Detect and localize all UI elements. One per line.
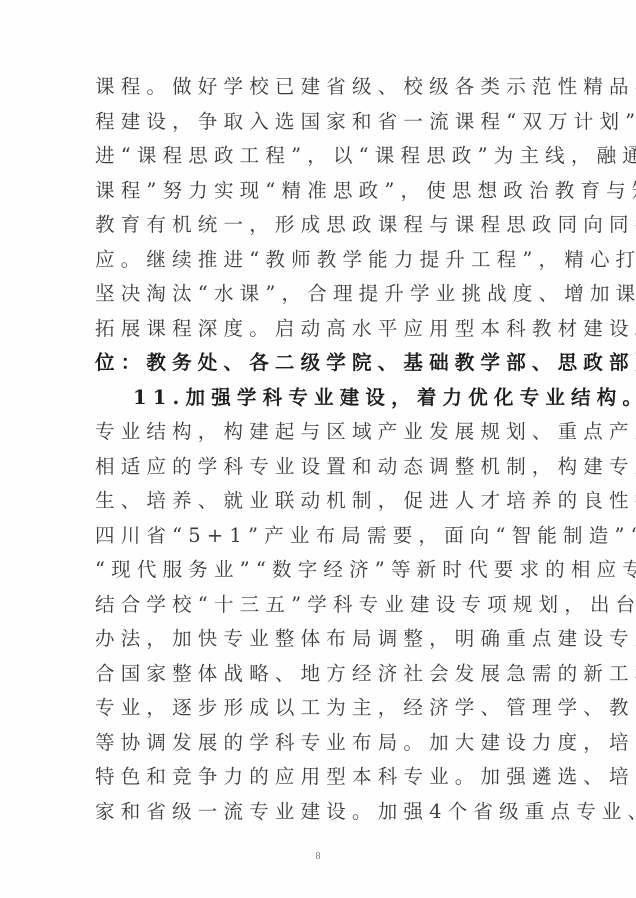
text-line: 进“课程思政工程”，以“课程思政”为主线，融通“思政 xyxy=(95,141,555,176)
page-number: 8 xyxy=(0,851,636,862)
text-segment: 结合学校“十三五”学科专业建设专项规划，出台相关管理 xyxy=(95,593,636,616)
bold-text: 11.加强学科专业建设，着力优化专业结构。 xyxy=(133,386,636,409)
text-line: 拓展课程深度。启动高水平应用型本科教材建设。（责任单 xyxy=(95,314,555,349)
text-segment: 进“课程思政工程”，以“课程思政”为主线，融通“思政 xyxy=(95,144,636,167)
text-line: 专业结构，构建起与区域产业发展规划、重点产业发展需求 xyxy=(95,417,555,452)
text-segment: 拓展课程深度。启动高水平应用型本科教材建设。 xyxy=(95,317,636,340)
text-line: 结合学校“十三五”学科专业建设专项规划，出台相关管理 xyxy=(95,590,555,625)
text-line: 位：教务处、各二级学院、基础教学部、思政部） xyxy=(95,348,555,383)
paragraph-heading-line: 11.加强学科专业建设，着力优化专业结构。优化学科 xyxy=(95,383,555,418)
text-segment: 生、培养、就业联动机制，促进人才培养的良性循环。根据 xyxy=(95,489,636,512)
document-page: 课程。做好学校已建省级、校级各类示范性精品在线开放课程建设，争取入选国家和省一流… xyxy=(0,0,636,898)
text-line: 专业，逐步形成以工为主，经济学、管理学、教育学、艺术 xyxy=(95,693,555,728)
text-line: 合国家整体战略、地方经济社会发展急需的新工科等应用型 xyxy=(95,659,555,694)
text-segment: 应。继续推进“教师教学能力提升工程”，精心打造“金课”， xyxy=(95,248,636,271)
text-segment: 等协调发展的学科专业布局。加大建设力度，培育富有学校 xyxy=(95,731,636,754)
text-line: 等协调发展的学科专业布局。加大建设力度，培育富有学校 xyxy=(95,728,555,763)
text-segment: 办法，加快专业整体布局调整，明确重点建设专业，增设符 xyxy=(95,627,636,650)
text-segment: 家和省级一流专业建设。加强4个省级重点专业、2个省级 xyxy=(95,800,636,823)
text-line: 生、培养、就业联动机制，促进人才培养的良性循环。根据 xyxy=(95,486,555,521)
text-segment: 合国家整体战略、地方经济社会发展急需的新工科等应用型 xyxy=(95,662,636,685)
text-line: 四川省“5+1”产业布局需要，面向“智能制造”“电子信息” xyxy=(95,521,555,556)
text-line: 办法，加快专业整体布局调整，明确重点建设专业，增设符 xyxy=(95,624,555,659)
text-line: 家和省级一流专业建设。加强4个省级重点专业、2个省级 xyxy=(95,797,555,832)
bold-text: 位：教务处、各二级学院、基础教学部、思政部） xyxy=(95,351,636,374)
text-line: 坚决淘汰“水课”，合理提升学业挑战度、增加课程难度、 xyxy=(95,279,555,314)
text-segment: 专业结构，构建起与区域产业发展规划、重点产业发展需求 xyxy=(95,420,636,443)
text-line: “现代服务业”“数字经济”等新时代要求的相应专业领域， xyxy=(95,555,555,590)
text-line: 特色和竞争力的应用型本科专业。加强遴选、培育和建设国 xyxy=(95,762,555,797)
text-segment: 专业，逐步形成以工为主，经济学、管理学、教育学、艺术 xyxy=(95,696,636,719)
text-segment: 教育有机统一，形成思政课程与课程思政同向同行的协同效 xyxy=(95,213,636,236)
text-segment: 程建设，争取入选国家和省一流课程“双万计划”。继续推 xyxy=(95,110,636,133)
text-segment: 四川省“5+1”产业布局需要，面向“智能制造”“电子信息” xyxy=(95,524,636,547)
text-line: 课程”努力实现“精准思政”，使思想政治教育与知识体系 xyxy=(95,176,555,211)
text-segment: 课程。做好学校已建省级、校级各类示范性精品在线开放课 xyxy=(95,75,636,98)
text-segment: 课程”努力实现“精准思政”，使思想政治教育与知识体系 xyxy=(95,179,636,202)
body-text: 课程。做好学校已建省级、校级各类示范性精品在线开放课程建设，争取入选国家和省一流… xyxy=(95,72,555,831)
text-segment: 特色和竞争力的应用型本科专业。加强遴选、培育和建设国 xyxy=(95,765,636,788)
text-segment: “现代服务业”“数字经济”等新时代要求的相应专业领域， xyxy=(95,558,636,581)
text-line: 程建设，争取入选国家和省一流课程“双万计划”。继续推 xyxy=(95,107,555,142)
text-line: 相适应的学科专业设置和动态调整机制，构建专业设置、招 xyxy=(95,452,555,487)
text-line: 课程。做好学校已建省级、校级各类示范性精品在线开放课 xyxy=(95,72,555,107)
text-line: 教育有机统一，形成思政课程与课程思政同向同行的协同效 xyxy=(95,210,555,245)
text-segment: 相适应的学科专业设置和动态调整机制，构建专业设置、招 xyxy=(95,455,636,478)
text-line: 应。继续推进“教师教学能力提升工程”，精心打造“金课”， xyxy=(95,245,555,280)
text-segment: 坚决淘汰“水课”，合理提升学业挑战度、增加课程难度、 xyxy=(95,282,636,305)
